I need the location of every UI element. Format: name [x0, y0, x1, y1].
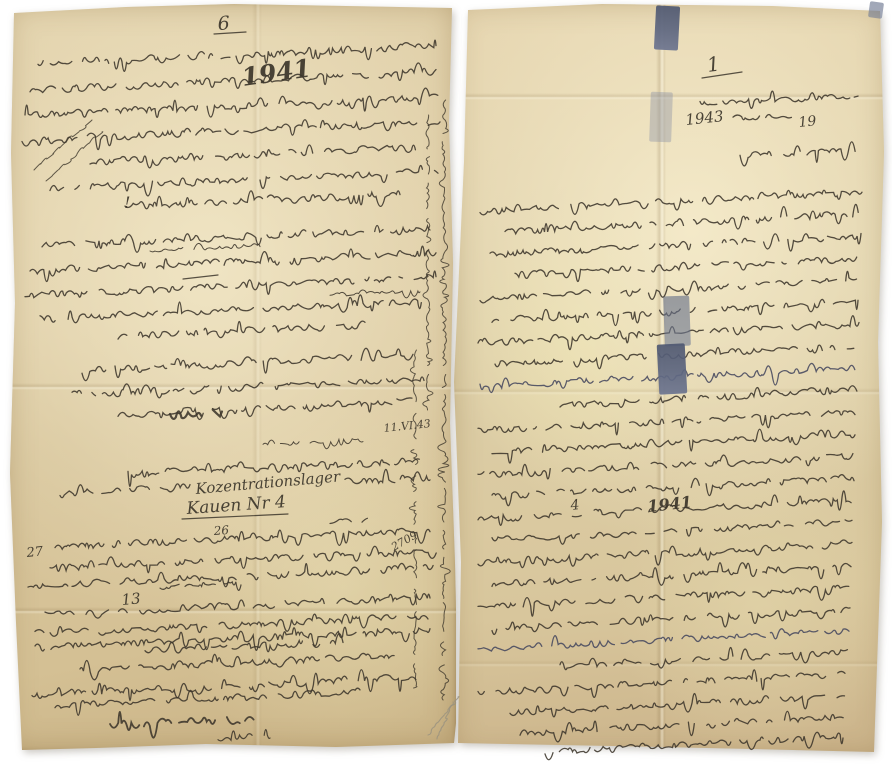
tape-stain [654, 5, 680, 50]
tape-stain [649, 92, 673, 143]
fold-crease [452, 660, 888, 667]
page-right-wrap [0, 0, 892, 768]
tape-stain [663, 296, 691, 347]
tape-stain [868, 1, 884, 19]
letter-scan: 61941!11.VI.43KozentrationslagerKauen Nr… [0, 0, 892, 768]
tape-stain [657, 343, 688, 394]
